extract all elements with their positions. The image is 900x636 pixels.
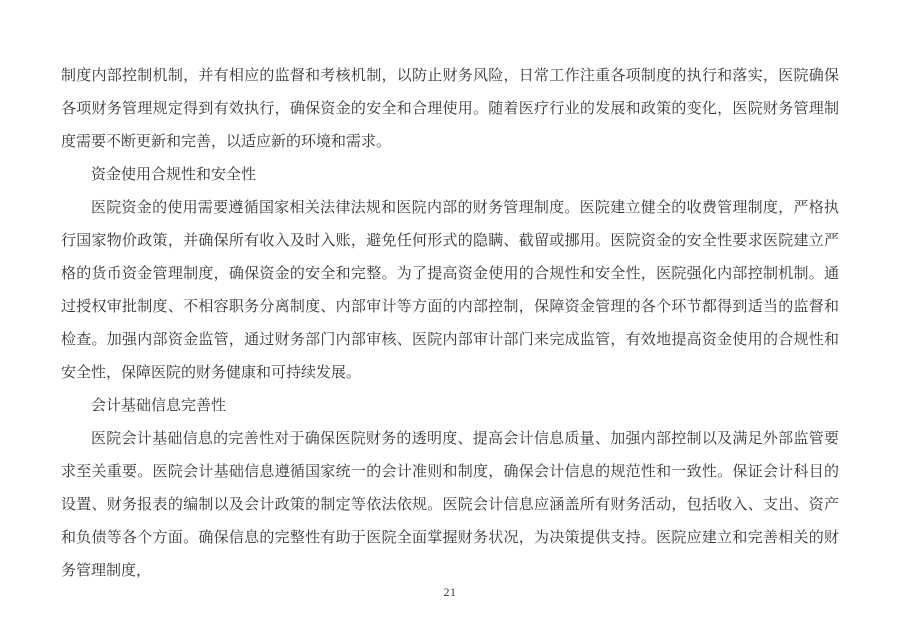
document-page: 制度内部控制机制，并有相应的监督和考核机制，以防止财务风险，日常工作注重各项制度…	[0, 0, 900, 636]
section-heading: 资金使用合规性和安全性	[61, 159, 839, 192]
section-heading: 会计基础信息完善性	[61, 390, 839, 423]
paragraph: 医院资金的使用需要遵循国家相关法律法规和医院内部的财务管理制度。医院建立健全的收…	[61, 192, 839, 390]
page-footer: 21	[0, 583, 900, 601]
page-number: 21	[444, 585, 457, 599]
paragraph: 制度内部控制机制，并有相应的监督和考核机制，以防止财务风险，日常工作注重各项制度…	[61, 60, 839, 159]
document-body: 制度内部控制机制，并有相应的监督和考核机制，以防止财务风险，日常工作注重各项制度…	[61, 60, 839, 588]
paragraph: 医院会计基础信息的完善性对于确保医院财务的透明度、提高会计信息质量、加强内部控制…	[61, 423, 839, 588]
